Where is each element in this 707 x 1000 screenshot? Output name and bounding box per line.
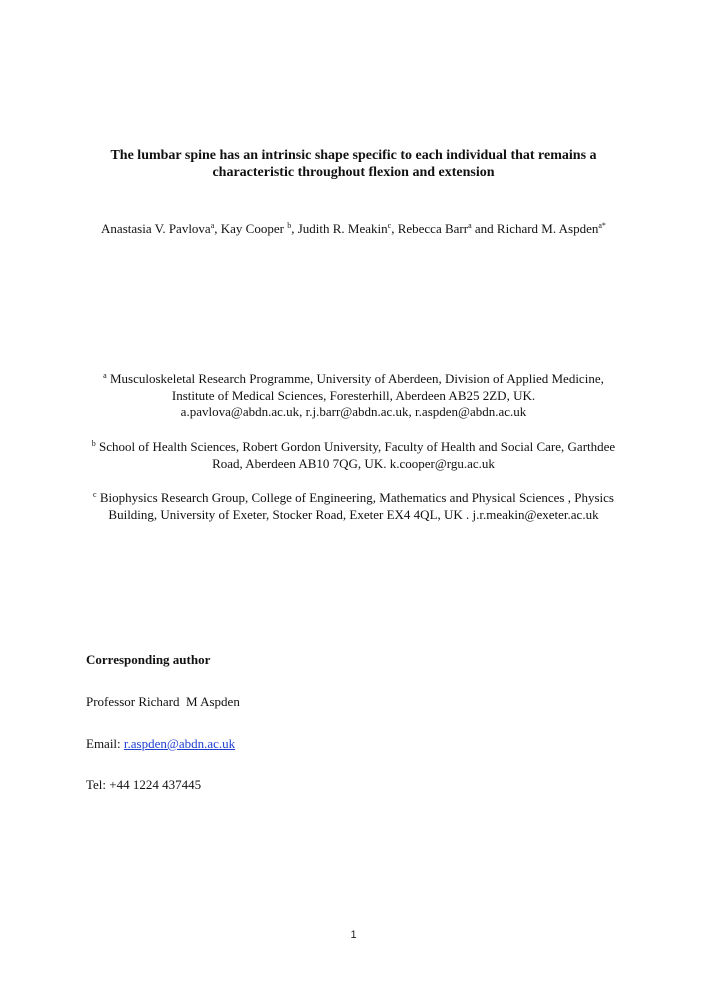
affiliation-text: School of Health Sciences, Robert Gordon… — [96, 439, 615, 454]
paper-title-line-2: characteristic throughout flexion and ex… — [0, 164, 707, 181]
affiliation-a-line-2: Institute of Medical Sciences, Foresterh… — [0, 388, 707, 405]
author-list: Anastasia V. Pavlovaa, Kay Cooper b, Jud… — [0, 221, 707, 237]
author-name: Rebecca Barr — [398, 221, 468, 236]
paper-title-line-1: The lumbar spine has an intrinsic shape … — [0, 147, 707, 164]
affiliation-c-line-2: Building, University of Exeter, Stocker … — [0, 507, 707, 524]
email-label: Email: — [86, 736, 124, 751]
corresponding-author-email-line: Email: r.aspden@abdn.ac.uk — [86, 736, 235, 752]
affiliation-a-emails: a.pavlova@abdn.ac.uk, r.j.barr@abdn.ac.u… — [0, 404, 707, 421]
author-affiliation-mark: a* — [598, 221, 606, 230]
page-number: 1 — [0, 929, 707, 941]
affiliation-a-line-1: a Musculoskeletal Research Programme, Un… — [0, 371, 707, 388]
author-separator: and — [472, 221, 497, 236]
affiliation-text: Musculoskeletal Research Programme, Univ… — [107, 371, 604, 386]
author-name: Judith R. Meakin — [298, 221, 388, 236]
author-name: Richard M. Aspden — [497, 221, 598, 236]
affiliation-text: Biophysics Research Group, College of En… — [97, 490, 614, 505]
corresponding-author-name: Professor Richard M Aspden — [86, 694, 240, 710]
corresponding-author-heading: Corresponding author — [86, 652, 210, 668]
corresponding-author-tel: Tel: +44 1224 437445 — [86, 777, 201, 793]
author-name: Kay Cooper — [221, 221, 287, 236]
affiliation-b-line-2: Road, Aberdeen AB10 7QG, UK. k.cooper@rg… — [0, 456, 707, 473]
affiliation-b-line-1: b School of Health Sciences, Robert Gord… — [0, 439, 707, 456]
affiliation-c-line-1: c Biophysics Research Group, College of … — [0, 490, 707, 507]
email-link[interactable]: r.aspden@abdn.ac.uk — [124, 736, 235, 751]
author-name: Anastasia V. Pavlova — [101, 221, 211, 236]
